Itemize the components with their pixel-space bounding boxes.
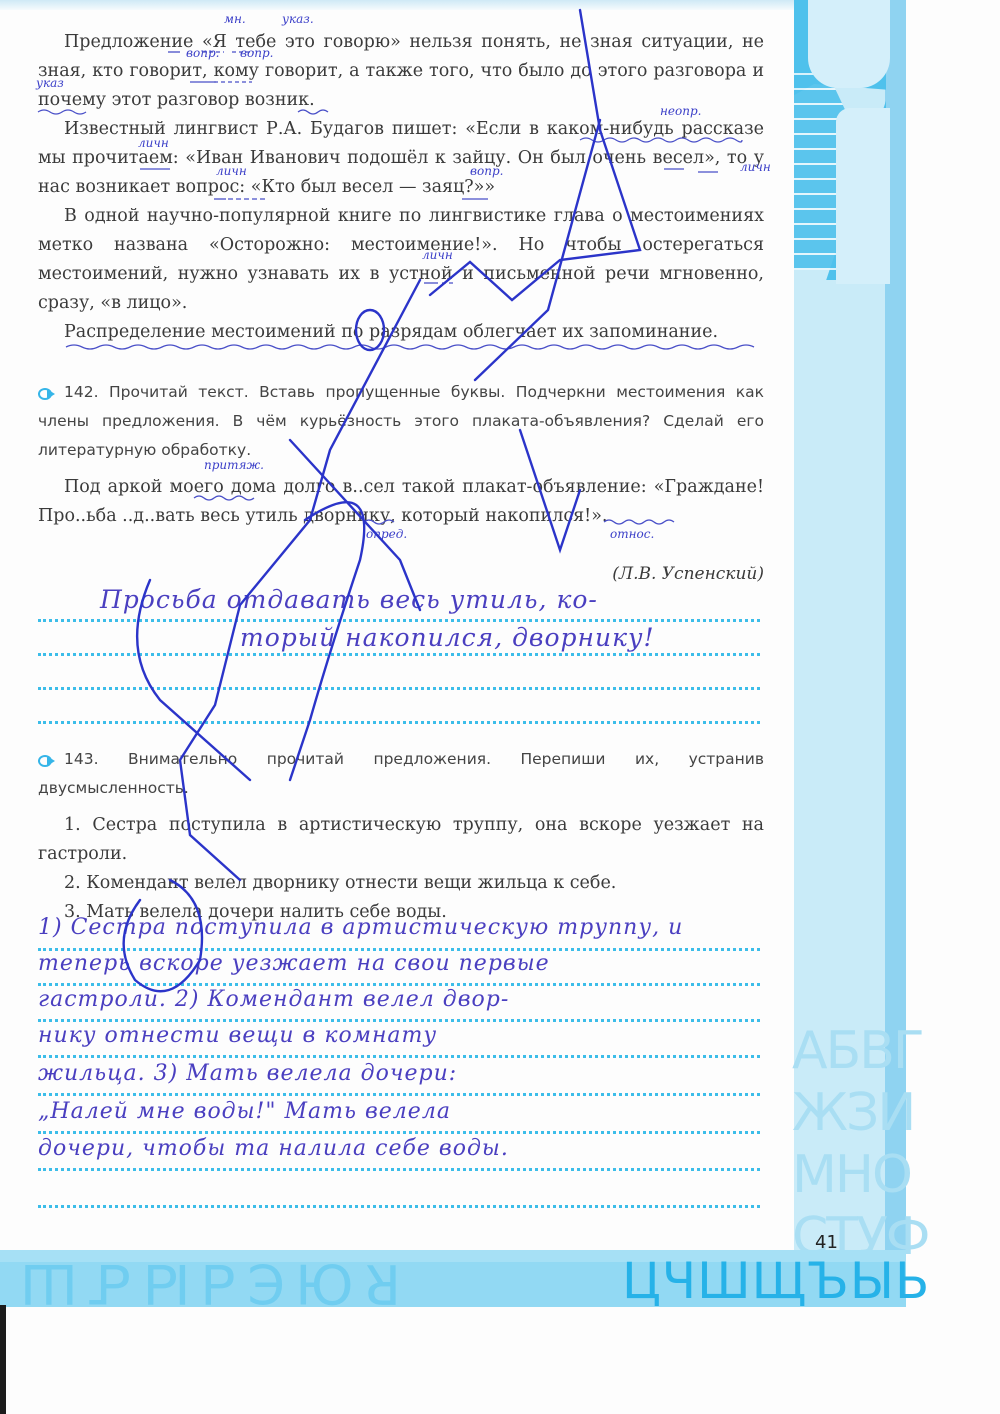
margin-note: личн <box>216 164 247 178</box>
answer-line <box>38 653 760 656</box>
margin-note: личн <box>138 136 169 150</box>
margin-note: вопр. <box>470 164 503 178</box>
exercise-number: 143. <box>64 750 99 768</box>
instruction-text: Внимательно прочитай предложения. Перепи… <box>38 750 764 797</box>
answer-line <box>38 1093 760 1096</box>
scan-edge-shadow <box>0 1305 6 1414</box>
handwritten-answer-line: Просьба отдавать весь утиль, ко- <box>100 585 598 614</box>
answer-line <box>38 1168 760 1171</box>
paragraph: Предложение «Я тебе это говорю» нельзя п… <box>38 28 764 115</box>
workbook-page: АБВГ ЖЗИ МНО СТУФ ШЪЫЬЭЮЯ ЦЧШЩЪЫЬ 41 Пре… <box>0 0 1000 1414</box>
top-edge-strip <box>0 0 820 10</box>
answer-line <box>38 1131 760 1134</box>
margin-note: вопр. <box>240 46 273 60</box>
handwritten-answer-line: теперь вскоре уезжает на свои первые <box>38 951 550 976</box>
exercise-text: Под аркой моего дома долго в..сел такой … <box>38 473 764 531</box>
page-number: 41 <box>815 1232 838 1253</box>
handwritten-answer-line: „Налей мне воды!" Мать велела <box>38 1099 451 1124</box>
paragraph: Распределение местоимений по разрядам об… <box>38 318 764 347</box>
margin-note: мн. <box>224 12 246 26</box>
exercise-instruction: 143. Внимательно прочитай предложения. П… <box>38 745 764 803</box>
task-arrow-icon <box>38 388 60 398</box>
decorative-alphabet-side: АБВГ ЖЗИ МНО СТУФ <box>792 1020 912 1268</box>
margin-note: вопр. <box>186 46 219 60</box>
exercise-number: 142. <box>64 383 99 401</box>
decorative-alphabet-mirrored: ШЪЫЬЭЮЯ <box>20 1252 411 1315</box>
exercise-143: 143. Внимательно прочитай предложения. П… <box>38 745 764 927</box>
task-arrow-icon <box>38 755 60 765</box>
intro-text: Предложение «Я тебе это говорю» нельзя п… <box>38 28 764 347</box>
margin-note: относ. <box>610 527 654 541</box>
answer-line <box>38 619 760 622</box>
handwritten-answer-line: гастроли. 2) Комендант велел двор- <box>38 987 509 1012</box>
handwritten-answer-line: дочери, чтобы та налила себе воды. <box>38 1136 509 1161</box>
sentence: 1. Сестра поступила в артистическую труп… <box>38 811 764 869</box>
margin-note: притяж. <box>204 458 264 472</box>
handwritten-answer-line: торый накопился, дворнику! <box>240 623 655 652</box>
margin-note: указ <box>36 76 64 90</box>
sentence: 2. Комендант велел дворнику отнести вещи… <box>38 869 764 898</box>
answer-line <box>38 1055 760 1058</box>
paragraph: Известный лингвист Р.А. Будагов пишет: «… <box>38 115 764 202</box>
handwritten-answer-line: 1) Сестра поступила в артистическую труп… <box>38 915 683 940</box>
exercise-instruction: 142. Прочитай текст. Вставь пропущенные … <box>38 378 764 465</box>
decorative-bubble <box>808 0 890 88</box>
instruction-text: Прочитай текст. Вставь пропущенные буквы… <box>38 383 764 459</box>
margin-note: опред. <box>366 527 407 541</box>
decorative-alphabet-bottom: ЦЧШЩЪЫЬ <box>622 1252 930 1310</box>
answer-line <box>38 721 760 724</box>
answer-line <box>38 983 760 986</box>
answer-line <box>38 687 760 690</box>
exercise-142: 142. Прочитай текст. Вставь пропущенные … <box>38 378 764 531</box>
handwritten-answer-line: жильца. 3) Мать велела дочери: <box>38 1061 457 1086</box>
handwritten-answer-line: нику отнести вещи в комнату <box>38 1023 437 1048</box>
paragraph: В одной научно-популярной книге по лингв… <box>38 202 764 318</box>
margin-note: неопр. <box>660 104 701 118</box>
decorative-bubble <box>836 108 890 284</box>
author-attribution: (Л.В. Успенский) <box>540 564 764 584</box>
margin-note: личн <box>740 160 771 174</box>
answer-line <box>38 1019 760 1022</box>
margin-note: указ. <box>282 12 314 26</box>
answer-line <box>38 1205 760 1208</box>
margin-note: личн <box>422 248 453 262</box>
